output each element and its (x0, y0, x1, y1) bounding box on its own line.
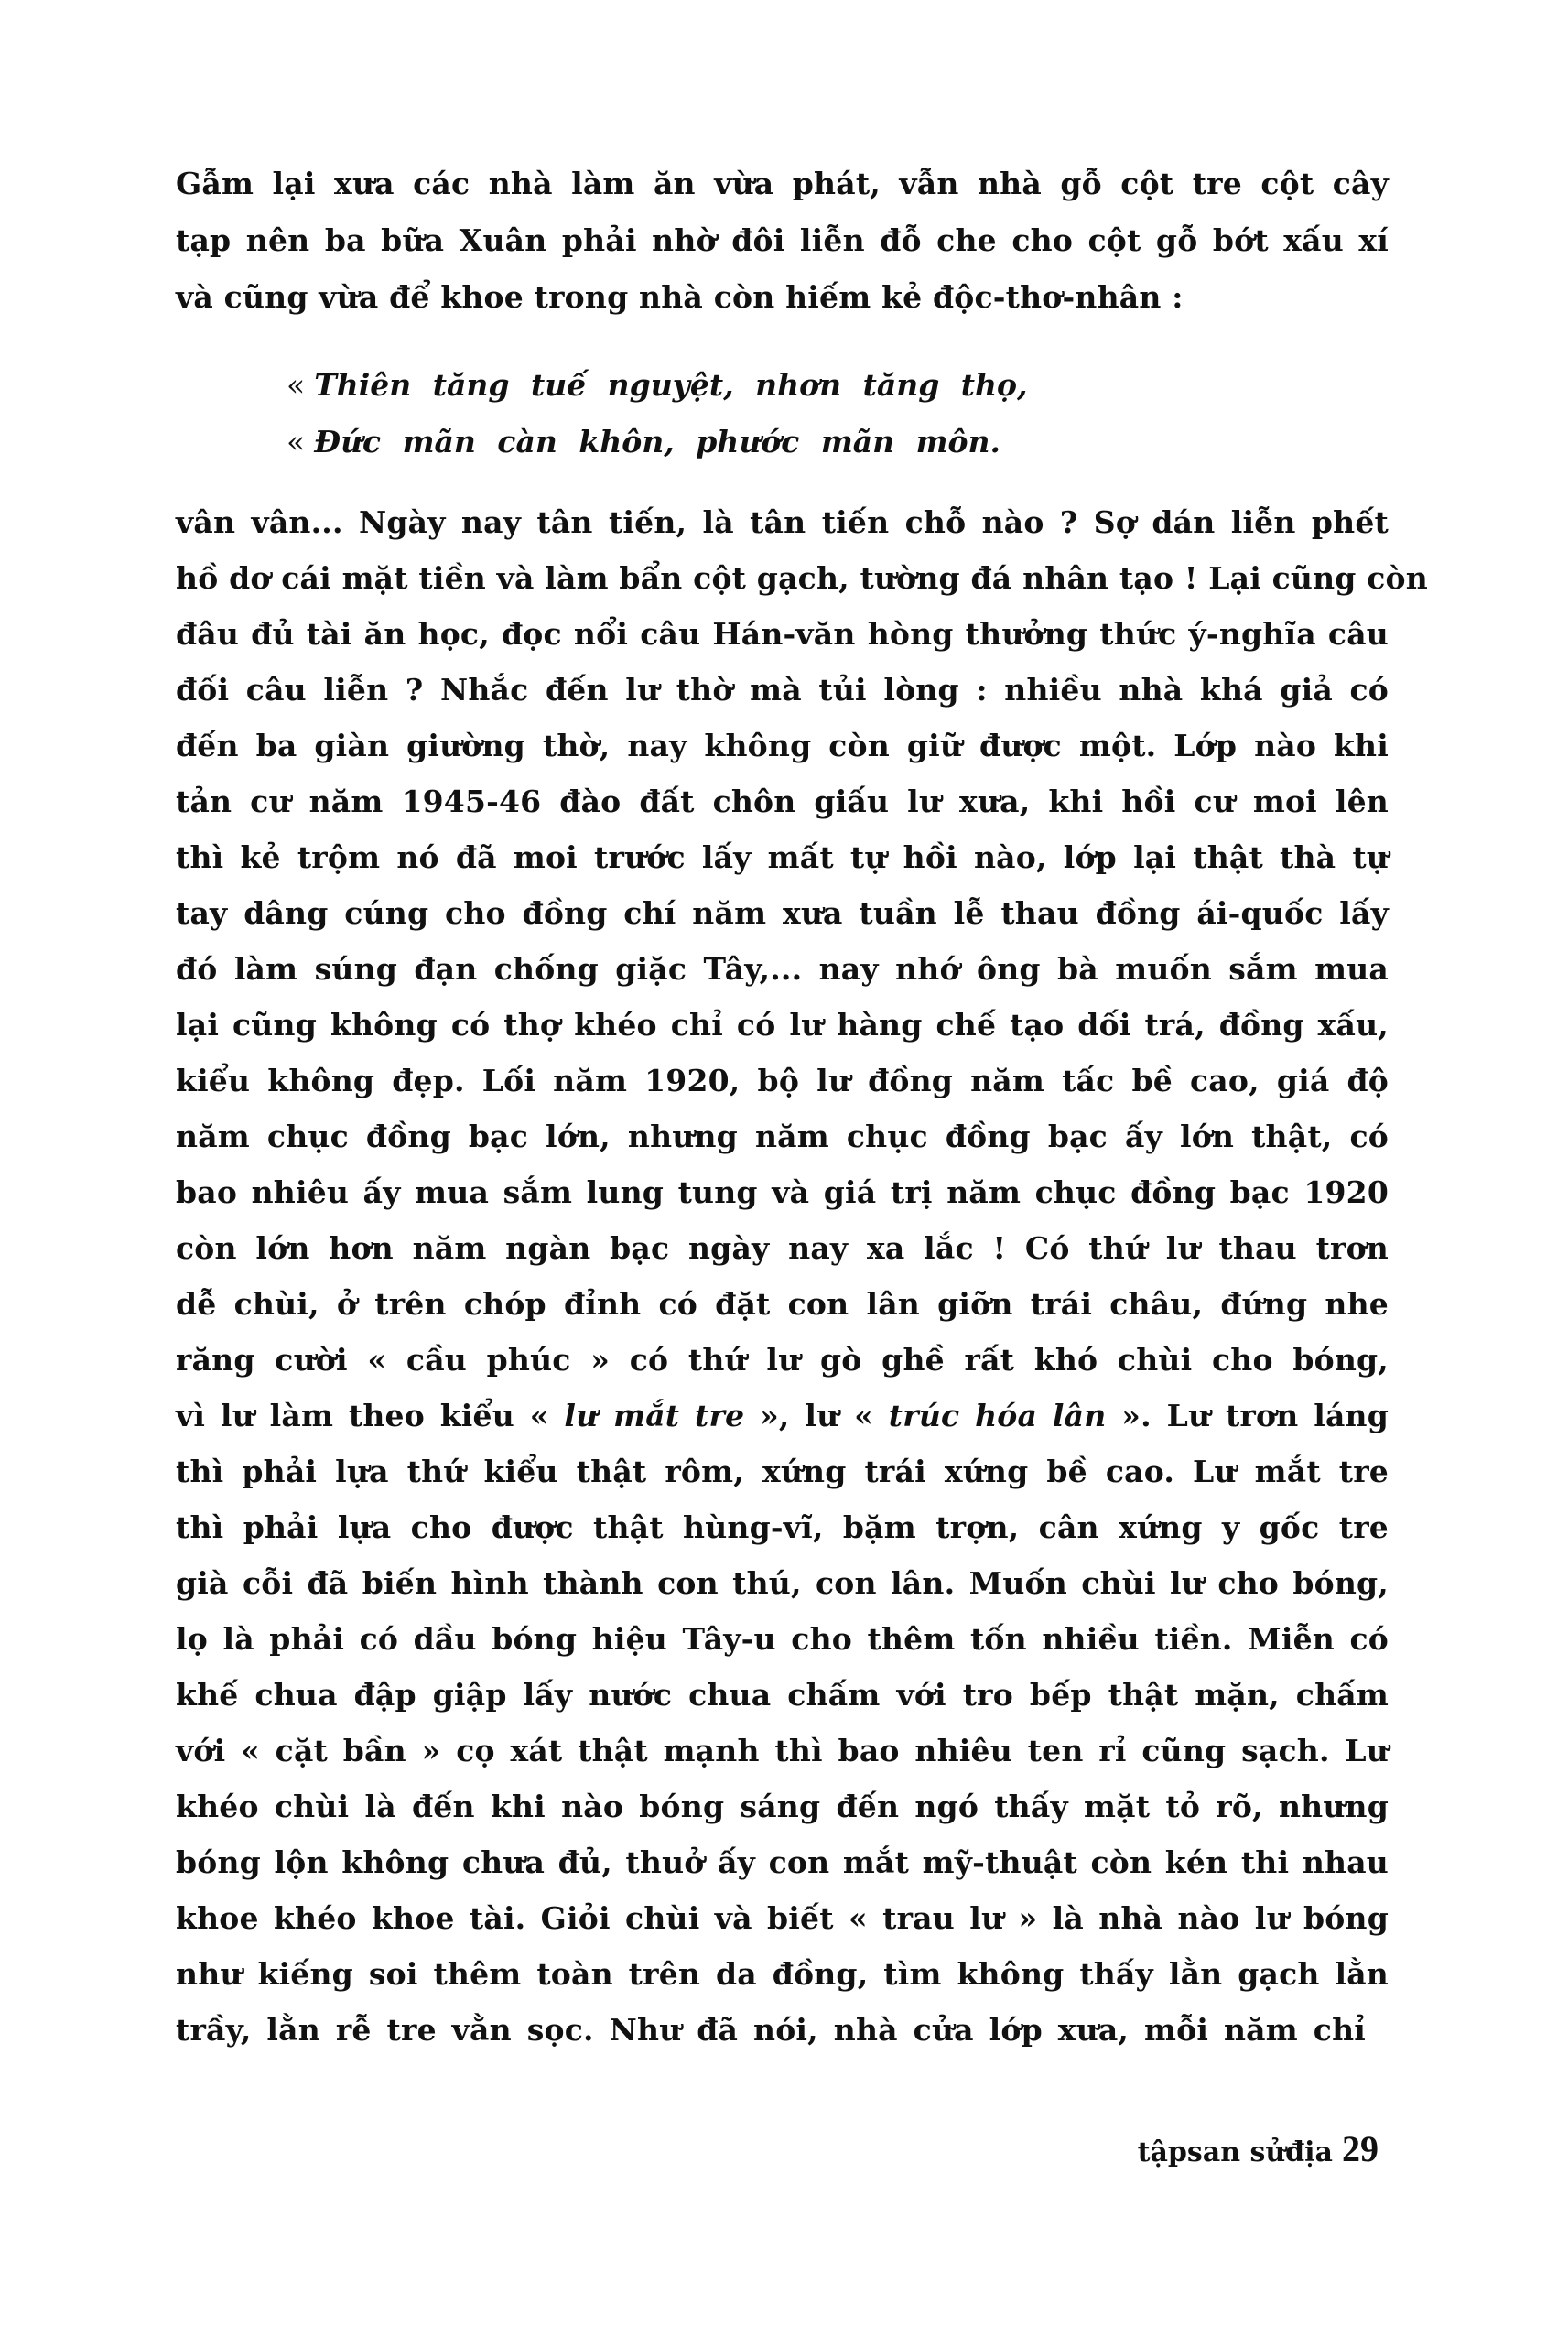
text-line: già cỗi đã biến hình thành con thú, con … (176, 1555, 1389, 1612)
quote-mark: « (287, 367, 305, 403)
text-line: còn lớn hơn năm ngàn bạc ngày nay xa lắc… (176, 1220, 1389, 1277)
text-line: với « cặt bần » cọ xát thật mạnh thì bao… (176, 1723, 1389, 1779)
text-line: năm chục đồng bạc lớn, nhưng năm chục đồ… (176, 1108, 1389, 1165)
text-line: khoe khéo khoe tài. Giỏi chùi và biết « … (176, 1890, 1389, 1947)
text-line: thì phải lựa cho được thật hùng-vĩ, bặm … (176, 1499, 1389, 1556)
text-line: thì kẻ trộm nó đã moi trước lấy mất tự h… (176, 829, 1389, 886)
text-line: tạp nên ba bữa Xuân phải nhờ đôi liễn đỗ… (176, 212, 1389, 269)
text-line: bóng lộn không chưa đủ, thuở ấy con mắt … (176, 1834, 1389, 1891)
text-line: đâu đủ tài ăn học, đọc nổi câu Hán-văn h… (176, 606, 1389, 663)
text-line: răng cười « cầu phúc » có thứ lư gò ghề … (176, 1332, 1389, 1389)
text-line: Gẫm lại xưa các nhà làm ăn vừa phát, vẫn… (176, 156, 1389, 212)
document-page: Gẫm lại xưa các nhà làm ăn vừa phát, vẫn… (0, 0, 1568, 2325)
quote-line: «Đức mãn càn khôn, phước mãn môn. (287, 414, 1000, 470)
text-line: đó làm súng đạn chống giặc Tây,... nay n… (176, 941, 1389, 998)
text-line: dễ chùi, ở trên chóp đỉnh có đặt con lân… (176, 1276, 1389, 1333)
italic-phrase: lư mắt tre (564, 1398, 744, 1433)
page-footer: tậpsan sửđịa29 (1138, 2122, 1379, 2177)
journal-title: tậpsan sửđịa (1138, 2136, 1333, 2168)
text-line: khéo chùi là đến khi nào bóng sáng đến n… (176, 1779, 1389, 1835)
text-line: đối câu liễn ? Nhắc đến lư thờ mà tủi lò… (176, 662, 1389, 719)
text-line: vân vân... Ngày nay tân tiến, là tân tiế… (176, 494, 1389, 551)
text-line: lọ là phải có dầu bóng hiệu Tây-u cho th… (176, 1611, 1389, 1668)
text-line: và cũng vừa để khoe trong nhà còn hiếm k… (176, 269, 1247, 326)
text-line: hồ dơ cái mặt tiền và làm bẩn cột gạch, … (176, 550, 1389, 607)
text-line: bao nhiêu ấy mua sắm lung tung và giá tr… (176, 1164, 1389, 1221)
text-line: trầy, lằn rễ tre vằn sọc. Như đã nói, nh… (176, 2002, 1366, 2059)
quote-line: «Thiên tăng tuế nguyệt, nhơn tăng thọ, (287, 357, 1028, 414)
quote-mark: « (287, 424, 305, 460)
page-number: 29 (1342, 2128, 1379, 2169)
text-line: tản cư năm 1945-46 đào đất chôn giấu lư … (176, 773, 1389, 830)
text-line: kiểu không đẹp. Lối năm 1920, bộ lư đồng… (176, 1053, 1389, 1109)
text-line: thì phải lựa thứ kiểu thật rôm, xứng trá… (176, 1444, 1389, 1500)
text-line: vì lư làm theo kiểu « lư mắt tre », lư «… (176, 1388, 1389, 1444)
text-line: lại cũng không có thợ khéo chỉ có lư hàn… (176, 997, 1389, 1054)
text-line: tay dâng cúng cho đồng chí năm xưa tuần … (176, 885, 1389, 942)
quote-text: Đức mãn càn khôn, phước mãn môn. (314, 424, 1000, 460)
quote-text: Thiên tăng tuế nguyệt, nhơn tăng thọ, (314, 367, 1027, 403)
text-line: đến ba giàn giường thờ, nay không còn gi… (176, 718, 1389, 774)
text-line: khế chua đập giập lấy nước chua chấm với… (176, 1667, 1389, 1724)
italic-phrase: trúc hóa lân (889, 1398, 1107, 1433)
text-line: như kiếng soi thêm toàn trên da đồng, tì… (176, 1946, 1389, 2003)
